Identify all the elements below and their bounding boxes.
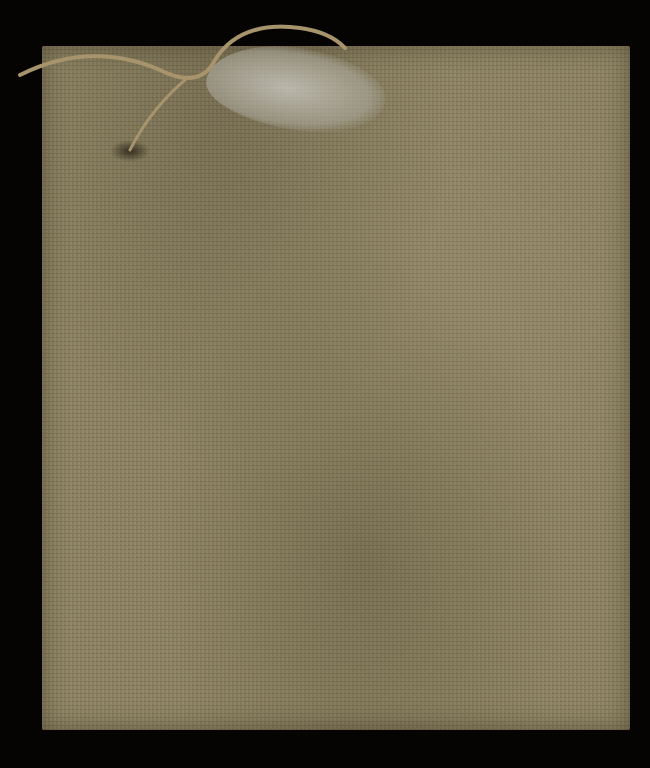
photo-scene (0, 0, 650, 768)
